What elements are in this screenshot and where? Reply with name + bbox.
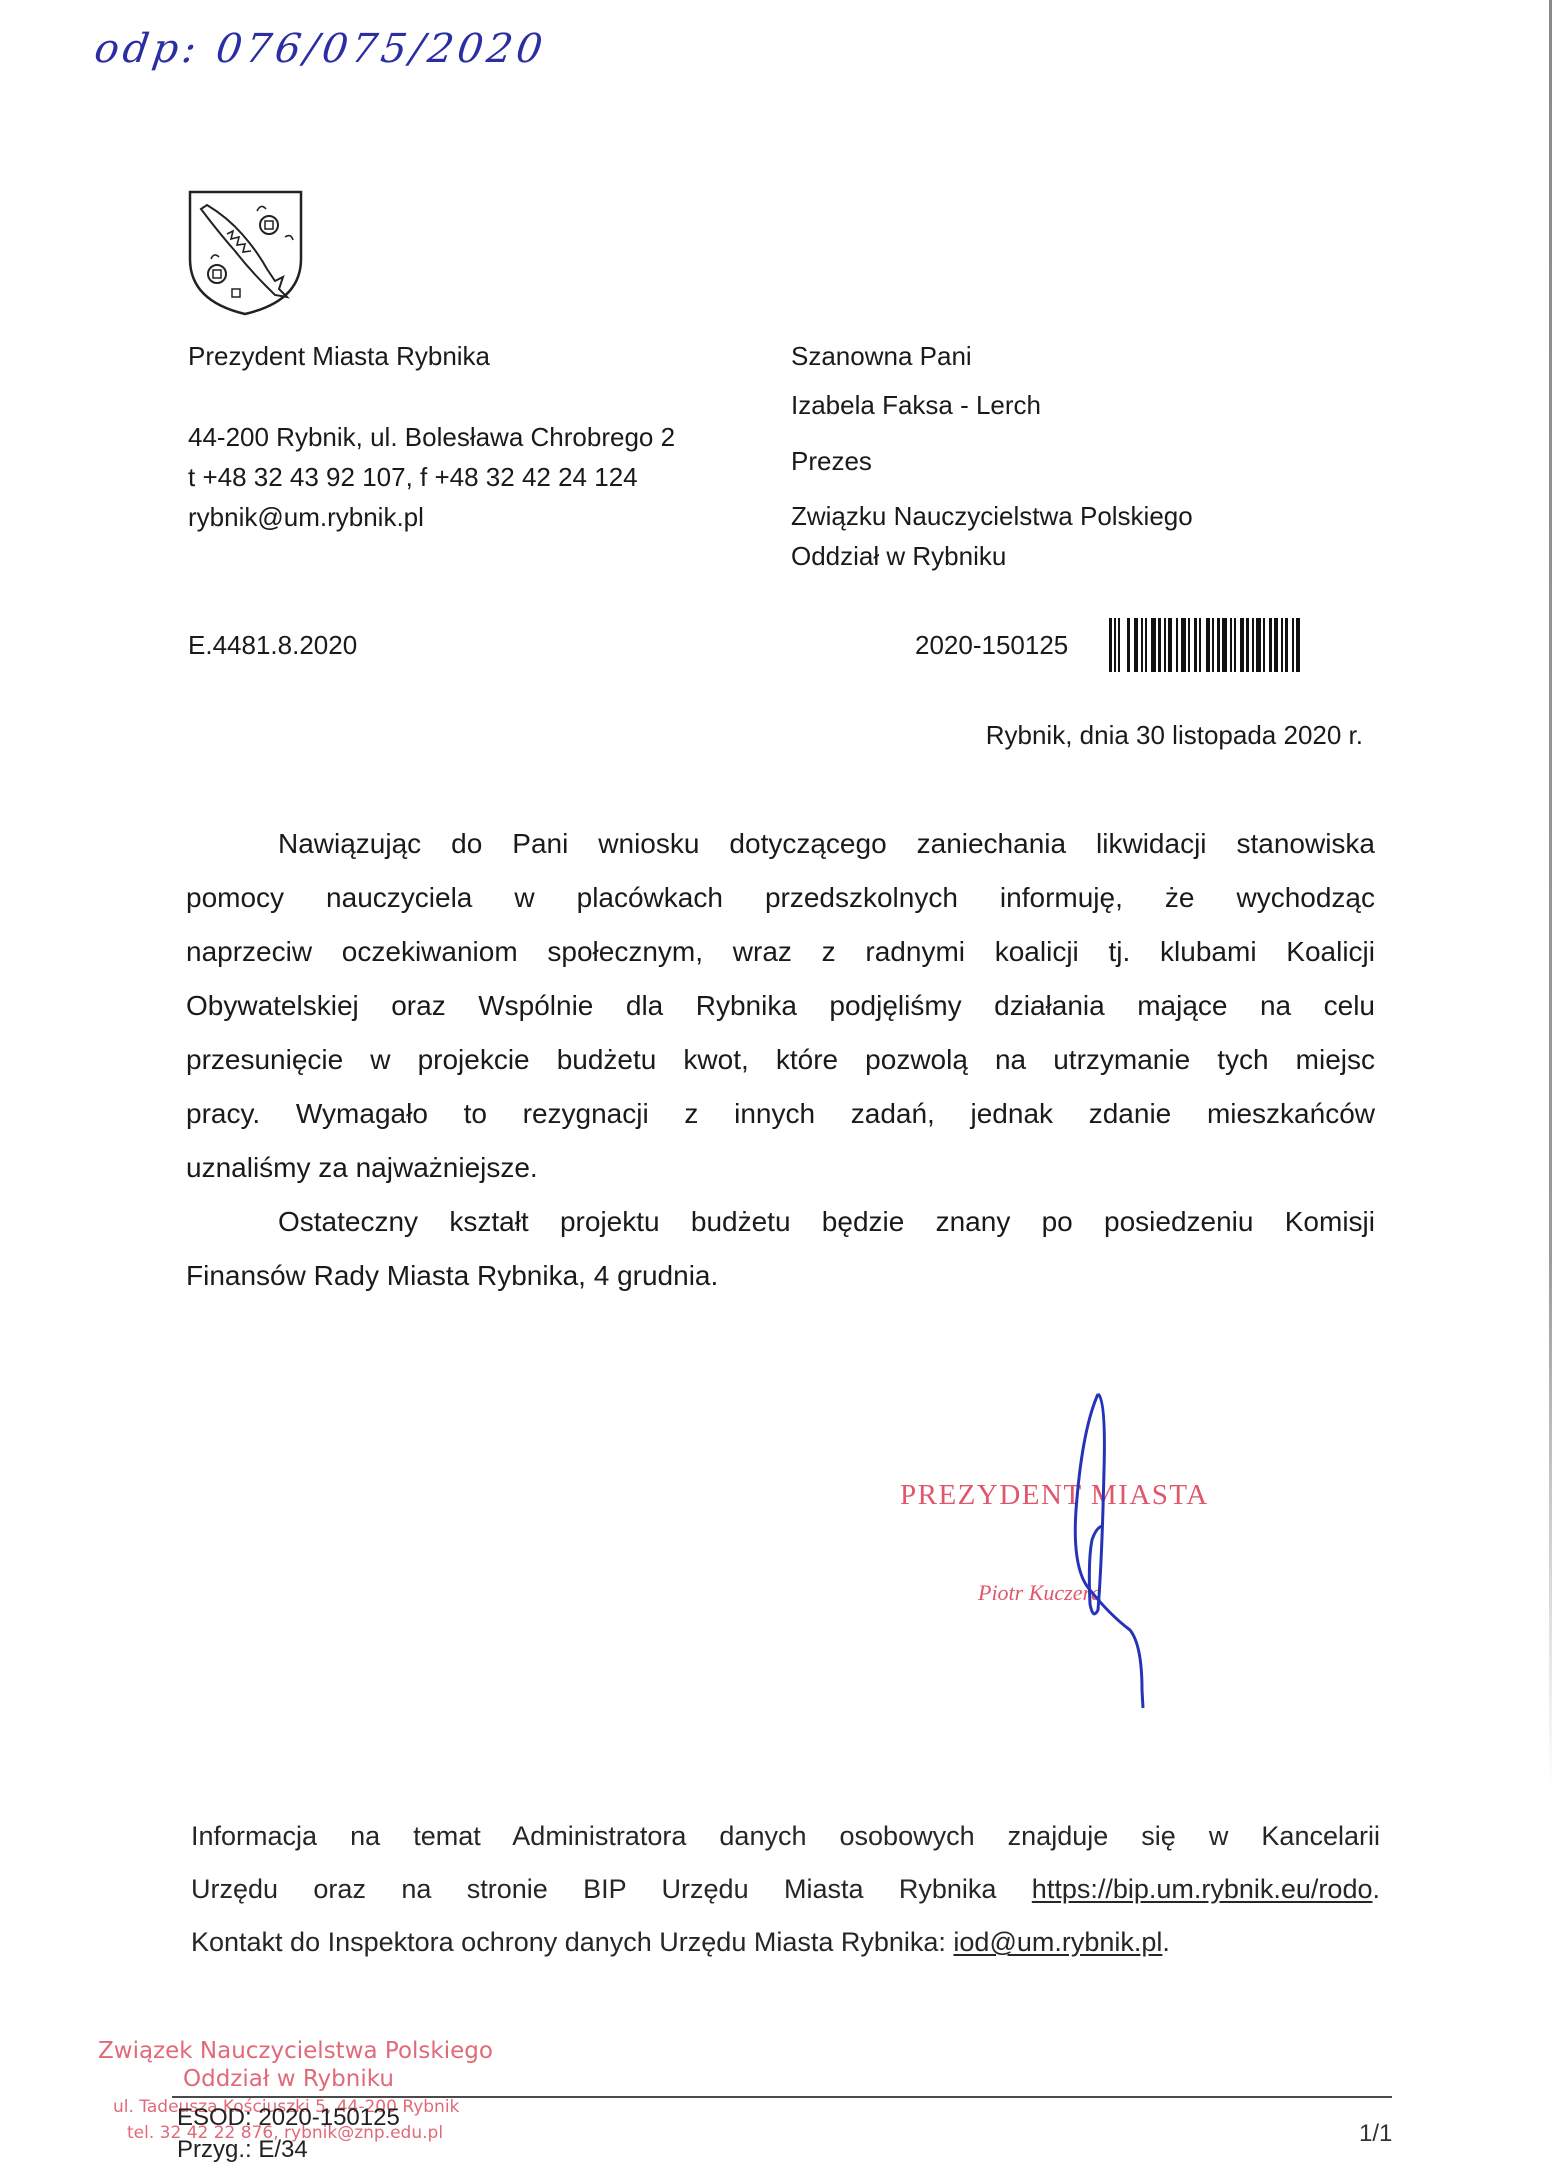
body-line: pracy. Wymagało to rezygnacji z innych z… [186, 1098, 1375, 1130]
data-protection-line-3-text: Kontakt do Inspektora ochrony danych Urz… [191, 1927, 953, 1957]
handwritten-reference-note: odp: 076/075/2020 [92, 26, 549, 72]
bip-rodo-link[interactable]: https://bip.um.rybnik.eu/rodo [1032, 1874, 1373, 1904]
body-line: pomocy nauczyciela w placówkach przedszk… [186, 882, 1375, 914]
footer-page-number: 1/1 [1359, 2120, 1392, 2148]
footer-prepared-by: Przyg.: E/34 [177, 2136, 308, 2164]
sender-email: rybnik@um.rybnik.pl [188, 502, 424, 532]
footer-divider [172, 2096, 1392, 2098]
barcode-icon [1109, 618, 1351, 672]
body-line: Obywatelskiej oraz Wspólnie dla Rybnika … [186, 990, 1375, 1022]
footer-esod-number: ESOD: 2020-150125 [177, 2104, 400, 2132]
data-protection-line-1: Informacja na temat Administratora danyc… [191, 1820, 1380, 1852]
body-line: Finansów Rady Miasta Rybnika, 4 grudnia. [186, 1260, 1375, 1292]
iod-email-link[interactable]: iod@um.rybnik.pl [953, 1927, 1162, 1957]
coat-of-arms-icon [187, 189, 304, 317]
letter-date: Rybnik, dnia 30 listopada 2020 r. [986, 720, 1363, 750]
signature-stamp-title: PREZYDENT MIASTA [900, 1479, 1209, 1512]
period: . [1372, 1874, 1380, 1904]
data-protection-line-2-text: Urzędu oraz na stronie BIP Urzędu Miasta… [191, 1874, 1032, 1904]
received-stamp-line-2: Oddział w Rybniku [183, 2066, 394, 2092]
body-line: naprzeciw oczekiwaniom społecznym, wraz … [186, 936, 1375, 968]
body-line: przesunięcie w projekcie budżetu kwot, k… [186, 1044, 1375, 1076]
recipient-title: Prezes [791, 446, 872, 476]
sender-phone-fax: t +48 32 43 92 107, f +48 32 42 24 124 [188, 462, 638, 492]
barcode-number: 2020-150125 [915, 630, 1068, 660]
body-line: Ostateczny kształt projektu budżetu będz… [186, 1206, 1375, 1238]
recipient-branch: Oddział w Rybniku [791, 541, 1006, 571]
body-line: Nawiązując do Pani wniosku dotyczącego z… [186, 828, 1375, 860]
data-protection-line-3: Kontakt do Inspektora ochrony danych Urz… [191, 1926, 1380, 1958]
sender-address: 44-200 Rybnik, ul. Bolesława Chrobrego 2 [188, 422, 675, 452]
period: . [1162, 1927, 1170, 1957]
body-line: uznaliśmy za najważniejsze. [186, 1152, 1375, 1184]
recipient-salutation: Szanowna Pani [791, 341, 972, 371]
recipient-organization: Związku Nauczycielstwa Polskiego [791, 501, 1193, 531]
case-reference-number: E.4481.8.2020 [188, 630, 357, 660]
received-stamp-line-1: Związek Nauczycielstwa Polskiego [98, 2038, 493, 2064]
handwritten-signature-icon [1060, 1390, 1160, 1710]
scan-edge-line [1549, 0, 1552, 1790]
recipient-name: Izabela Faksa - Lerch [791, 390, 1041, 420]
sender-name: Prezydent Miasta Rybnika [188, 341, 490, 371]
data-protection-line-2: Urzędu oraz na stronie BIP Urzędu Miasta… [191, 1873, 1380, 1905]
